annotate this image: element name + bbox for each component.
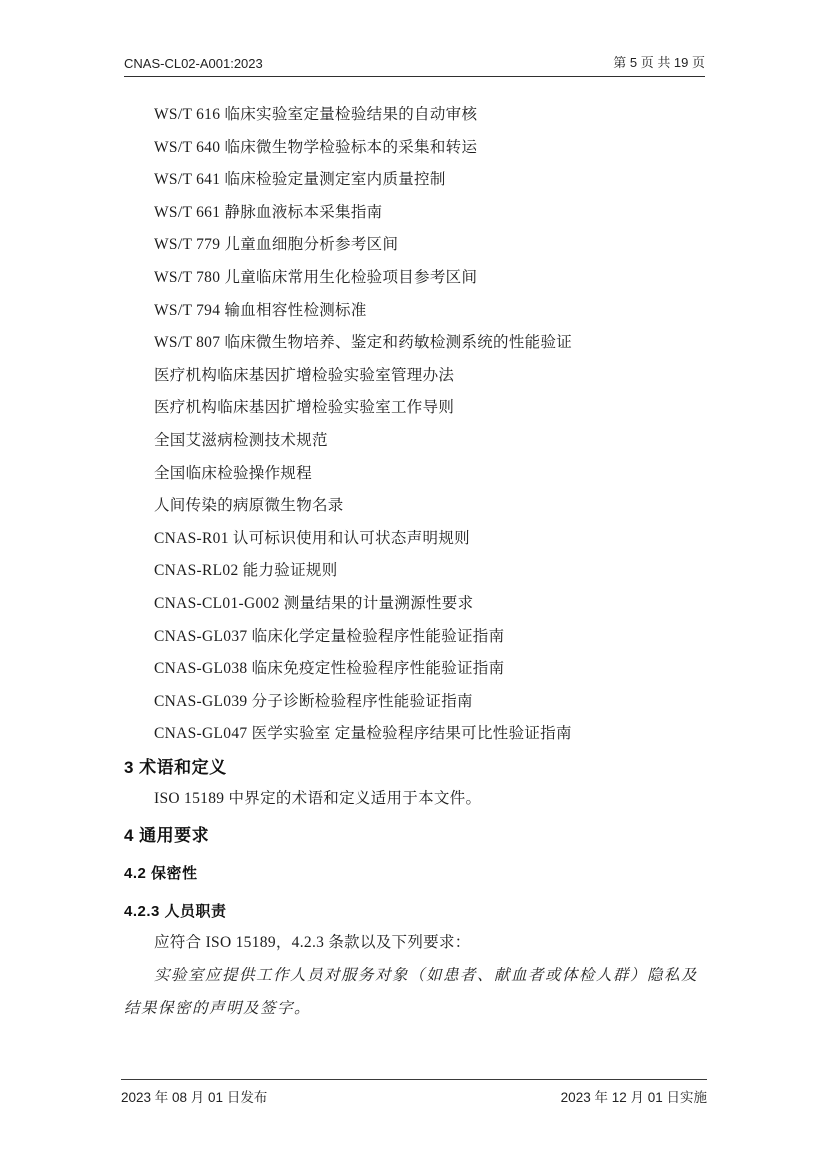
- page-body: WS/T 616 临床实验室定量检验结果的自动审核WS/T 640 临床微生物学…: [124, 99, 709, 1025]
- reference-item: CNAS-GL039 分子诊断检验程序性能验证指南: [124, 686, 709, 719]
- section-3-heading: 3 术语和定义: [124, 753, 709, 783]
- reference-item: WS/T 779 儿童血细胞分析参考区间: [124, 229, 709, 262]
- reference-item: 医疗机构临床基因扩增检验实验室管理办法: [124, 360, 709, 393]
- reference-item: WS/T 641 临床检验定量测定室内质量控制: [124, 164, 709, 197]
- section-4-2-heading: 4.2 保密性: [124, 859, 709, 889]
- reference-item: 全国艾滋病检测技术规范: [124, 425, 709, 458]
- reference-item: CNAS-GL037 临床化学定量检验程序性能验证指南: [124, 621, 709, 654]
- reference-item: CNAS-GL038 临床免疫定性检验程序性能验证指南: [124, 653, 709, 686]
- reference-item: WS/T 616 临床实验室定量检验结果的自动审核: [124, 99, 709, 132]
- section-3-paragraph: ISO 15189 中界定的术语和定义适用于本文件。: [124, 783, 709, 816]
- page-footer: 2023 年 08 月 01 日发布 2023 年 12 月 01 日实施: [121, 1079, 707, 1106]
- section-4-heading: 4 通用要求: [124, 821, 709, 851]
- issue-date: 2023 年 08 月 01 日发布: [121, 1086, 267, 1106]
- reference-item: 全国临床检验操作规程: [124, 458, 709, 491]
- privacy-statement-line: 结果保密的声明及签字。: [124, 993, 709, 1026]
- reference-item: 医疗机构临床基因扩增检验实验室工作导则: [124, 392, 709, 425]
- document-page: CNAS-CL02-A001:2023 第 5 页 共 19 页 WS/T 61…: [0, 0, 827, 1170]
- reference-item: 人间传染的病原微生物名录: [124, 490, 709, 523]
- implement-date: 2023 年 12 月 01 日实施: [561, 1086, 707, 1106]
- references-list: WS/T 616 临床实验室定量检验结果的自动审核WS/T 640 临床微生物学…: [124, 99, 709, 751]
- reference-item: CNAS-RL02 能力验证规则: [124, 555, 709, 588]
- page-header: CNAS-CL02-A001:2023 第 5 页 共 19 页: [124, 52, 705, 77]
- reference-item: CNAS-CL01-G002 测量结果的计量溯源性要求: [124, 588, 709, 621]
- reference-item: WS/T 794 输血相容性检测标准: [124, 295, 709, 328]
- reference-item: WS/T 807 临床微生物培养、鉴定和药敏检测系统的性能验证: [124, 327, 709, 360]
- doc-number: CNAS-CL02-A001:2023: [124, 56, 263, 71]
- reference-item: WS/T 780 儿童临床常用生化检验项目参考区间: [124, 262, 709, 295]
- reference-item: WS/T 661 静脉血液标本采集指南: [124, 197, 709, 230]
- privacy-statement-line: 实验室应提供工作人员对服务对象（如患者、献血者或体检人群）隐私及: [124, 960, 709, 993]
- requirement-paragraph: 应符合 ISO 15189，4.2.3 条款以及下列要求：: [124, 927, 709, 960]
- reference-item: CNAS-R01 认可标识使用和认可状态声明规则: [124, 523, 709, 556]
- privacy-statement-paragraph: 实验室应提供工作人员对服务对象（如患者、献血者或体检人群）隐私及结果保密的声明及…: [124, 960, 709, 1025]
- reference-item: CNAS-GL047 医学实验室 定量检验程序结果可比性验证指南: [124, 718, 709, 751]
- reference-item: WS/T 640 临床微生物学检验标本的采集和转运: [124, 132, 709, 165]
- section-4-2-3-heading: 4.2.3 人员职责: [124, 897, 709, 927]
- page-indicator: 第 5 页 共 19 页: [613, 52, 705, 71]
